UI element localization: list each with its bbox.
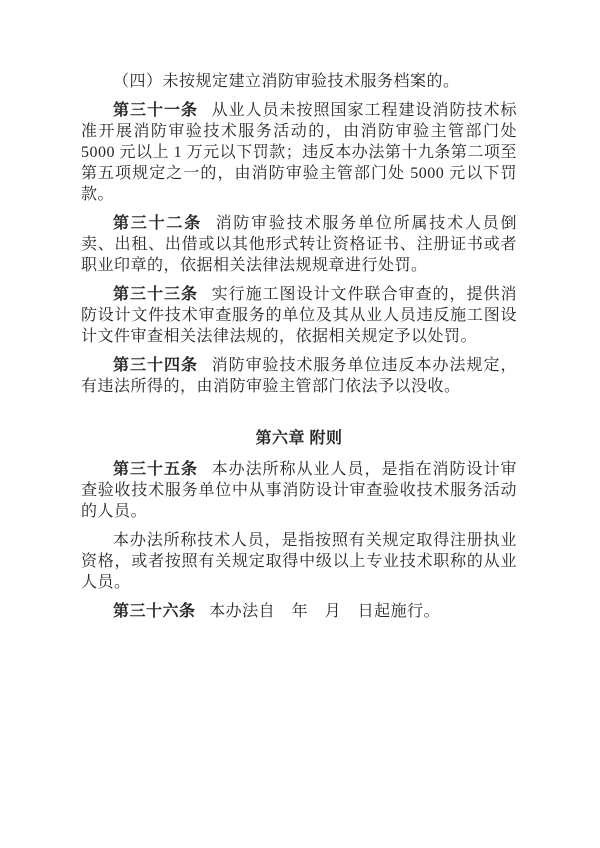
article-34-number: 第三十四条 (113, 357, 212, 374)
article-36-number: 第三十六条 (113, 603, 209, 620)
document-page: （四）未按规定建立消防审验技术服务档案的。 第三十一条从业人员未按照国家工程建设… (0, 0, 600, 848)
article-31: 第三十一条从业人员未按照国家工程建设消防技术标准开展消防审验技术服务活动的，由消… (81, 100, 517, 205)
article-33-number: 第三十三条 (113, 286, 212, 303)
article-31-number: 第三十一条 (113, 102, 212, 119)
list-item-text: （四）未按规定建立消防审验技术服务档案的。 (113, 73, 460, 90)
article-36: 第三十六条本办法自 年 月 日起施行。 (81, 601, 517, 622)
list-item-four: （四）未按规定建立消防审验技术服务档案的。 (81, 71, 517, 92)
chapter-heading: 第六章 附则 (81, 428, 517, 449)
article-35-paragraph-2: 本办法所称技术人员，是指按照有关规定取得注册执业资格，或者按照有关规定取得中级以… (81, 530, 517, 593)
article-33: 第三十三条实行施工图设计文件联合审查的，提供消防设计文件技术审查服务的单位及其从… (81, 284, 517, 347)
article-34: 第三十四条消防审验技术服务单位违反本办法规定，有违法所得的，由消防审验主管部门依… (81, 355, 517, 397)
article-35: 第三十五条本办法所称从业人员，是指在消防设计审查验收技术服务单位中从事消防设计审… (81, 459, 517, 522)
article-32-number: 第三十二条 (113, 215, 216, 232)
article-35-number: 第三十五条 (113, 461, 212, 478)
article-36-text: 本办法自 年 月 日起施行。 (209, 603, 440, 620)
article-35-paragraph-2-text: 本办法所称技术人员，是指按照有关规定取得注册执业资格，或者按照有关规定取得中级以… (81, 532, 517, 591)
article-32: 第三十二条消防审验技术服务单位所属技术人员倒卖、出租、出借或以其他形式转让资格证… (81, 213, 517, 276)
